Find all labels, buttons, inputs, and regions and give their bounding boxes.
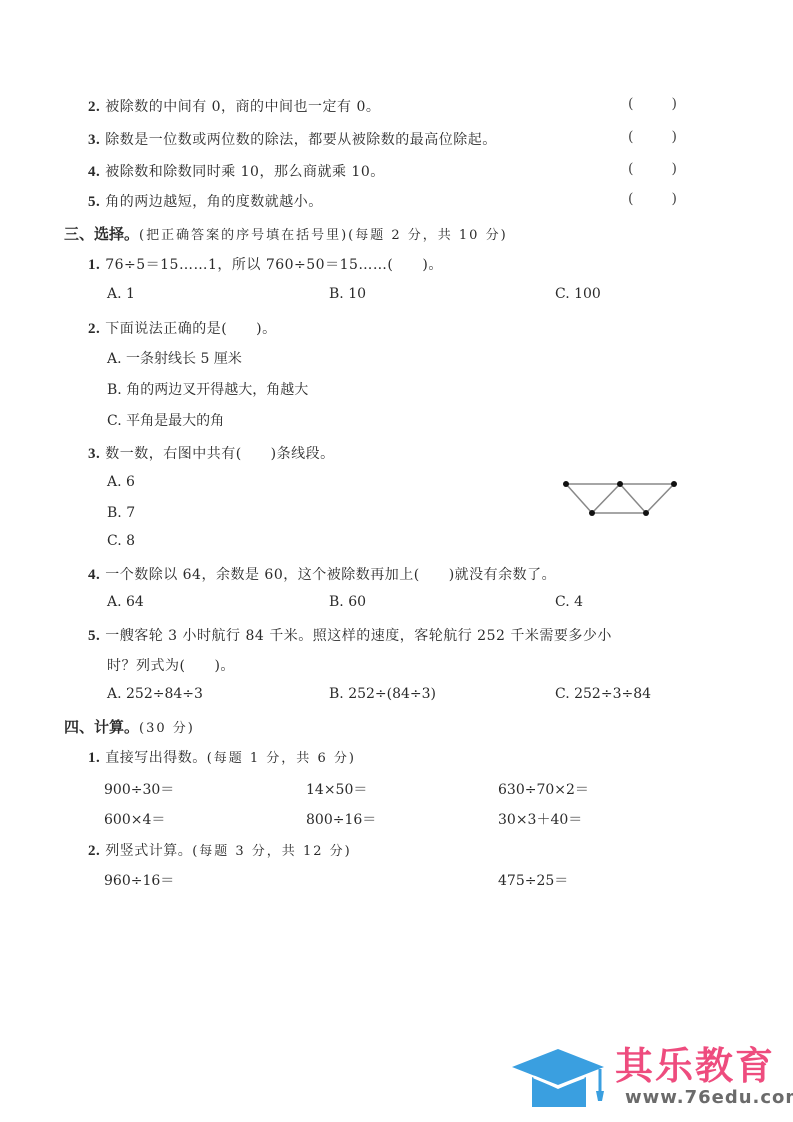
- judgement-item-5: 5. 角的两边越短，角的度数就越小。: [88, 191, 323, 211]
- part-number: 2.: [88, 843, 100, 859]
- answer-blank[interactable]: (): [628, 96, 677, 112]
- paren-close: ): [671, 96, 676, 112]
- question-number: 4.: [88, 567, 100, 583]
- calc-expression: 14×50＝: [306, 779, 367, 799]
- option-c: C. 252÷3÷84: [555, 686, 651, 702]
- option-c: C. 平角是最大的角: [107, 410, 224, 430]
- option-a: A. 1: [107, 286, 135, 302]
- paren-close: ): [671, 129, 676, 145]
- option-b: B. 角的两边叉开得越大，角越大: [107, 379, 308, 399]
- part-text: 直接写出得数。: [105, 750, 207, 766]
- option-c: C. 8: [107, 533, 135, 549]
- paren-open: (: [628, 96, 633, 112]
- calc-expression: 475÷25＝: [498, 870, 568, 890]
- option-a: A. 6: [107, 474, 135, 490]
- option-a: A. 252÷84÷3: [107, 686, 203, 702]
- paren-open: (: [628, 191, 633, 207]
- section-note: (把正确答案的序号填在括号里)(每题 2 分，共 10 分): [139, 228, 508, 243]
- calc-expression: 900÷30＝: [104, 779, 174, 799]
- option-b: B. 60: [329, 594, 366, 610]
- question-number: 3.: [88, 446, 100, 462]
- paren-close: ): [671, 161, 676, 177]
- judgement-item-3: 3. 除数是一位数或两位数的除法，都要从被除数的最高位除起。: [88, 129, 497, 149]
- section-title: 四、计算。: [64, 718, 139, 736]
- paren-open: (: [628, 161, 633, 177]
- judgement-item-2: 2. 被除数的中间有 0，商的中间也一定有 0。: [88, 96, 380, 116]
- option-a: A. 64: [107, 594, 144, 610]
- question-number: 1.: [88, 257, 100, 273]
- question-text: 除数是一位数或两位数的除法，都要从被除数的最高位除起。: [105, 132, 497, 148]
- line-segment-figure: [556, 475, 686, 525]
- option-c: C. 100: [555, 286, 601, 302]
- part-note: (每题 1 分，共 6 分): [207, 751, 356, 766]
- answer-blank[interactable]: (): [628, 161, 677, 177]
- brand-name: 其乐教育: [615, 1035, 775, 1090]
- calc-part-1: 1. 直接写出得数。(每题 1 分，共 6 分): [88, 747, 356, 767]
- judgement-item-4: 4. 被除数和除数同时乘 10，那么商就乘 10。: [88, 161, 385, 181]
- choice-question-1: 1. 76÷5＝15……1，所以 760÷50＝15……( )。: [88, 254, 443, 274]
- question-number: 5.: [88, 194, 100, 210]
- question-text: 一艘客轮 3 小时航行 84 千米。照这样的速度，客轮航行 252 千米需要多少…: [105, 628, 612, 644]
- question-number: 4.: [88, 164, 100, 180]
- question-number: 2.: [88, 99, 100, 115]
- question-number: 2.: [88, 321, 100, 337]
- choice-question-3: 3. 数一数，右图中共有( )条线段。: [88, 443, 335, 463]
- option-c: C. 4: [555, 594, 583, 610]
- brand-logo: 其乐教育 www.76edu.com: [510, 1035, 790, 1115]
- calc-expression: 630÷70×2＝: [498, 779, 589, 799]
- calc-expression: 600×4＝: [104, 809, 165, 829]
- question-number: 5.: [88, 628, 100, 644]
- choice-question-5: 5. 一艘客轮 3 小时航行 84 千米。照这样的速度，客轮航行 252 千米需…: [88, 625, 612, 645]
- graduation-cap-icon: [510, 1045, 610, 1115]
- question-text: 一个数除以 64，余数是 60，这个被除数再加上( )就没有余数了。: [105, 567, 556, 583]
- question-text: 被除数的中间有 0，商的中间也一定有 0。: [105, 99, 380, 115]
- paren-open: (: [628, 129, 633, 145]
- option-b: B. 7: [107, 505, 135, 521]
- brand-url: www.76edu.com: [625, 1087, 793, 1108]
- question-text: 76÷5＝15……1，所以 760÷50＝15……( )。: [105, 257, 443, 273]
- question-text: 下面说法正确的是( )。: [105, 321, 276, 337]
- calc-expression: 30×3＋40＝: [498, 809, 582, 829]
- calc-expression: 800÷16＝: [306, 809, 376, 829]
- answer-blank[interactable]: (): [628, 191, 677, 207]
- section-note: (30 分): [139, 721, 195, 736]
- part-text: 列竖式计算。: [105, 843, 192, 859]
- option-b: B. 10: [329, 286, 366, 302]
- choice-question-2: 2. 下面说法正确的是( )。: [88, 318, 277, 338]
- paren-close: ): [671, 191, 676, 207]
- section-choice-heading: 三、选择。(把正确答案的序号填在括号里)(每题 2 分，共 10 分): [64, 223, 508, 244]
- question-text-continued: 时？列式为( )。: [107, 655, 235, 675]
- calc-part-2: 2. 列竖式计算。(每题 3 分，共 12 分): [88, 840, 352, 860]
- question-text: 被除数和除数同时乘 10，那么商就乘 10。: [105, 164, 385, 180]
- answer-blank[interactable]: (): [628, 129, 677, 145]
- calc-expression: 960÷16＝: [104, 870, 174, 890]
- section-calc-heading: 四、计算。(30 分): [64, 716, 195, 737]
- question-number: 3.: [88, 132, 100, 148]
- section-title: 三、选择。: [64, 225, 139, 243]
- option-a: A. 一条射线长 5 厘米: [107, 348, 242, 368]
- part-note: (每题 3 分，共 12 分): [192, 844, 352, 859]
- option-b: B. 252÷(84÷3): [329, 686, 436, 702]
- choice-question-4: 4. 一个数除以 64，余数是 60，这个被除数再加上( )就没有余数了。: [88, 564, 556, 584]
- part-number: 1.: [88, 750, 100, 766]
- question-text: 数一数，右图中共有( )条线段。: [105, 446, 334, 462]
- question-text: 角的两边越短，角的度数就越小。: [105, 194, 323, 210]
